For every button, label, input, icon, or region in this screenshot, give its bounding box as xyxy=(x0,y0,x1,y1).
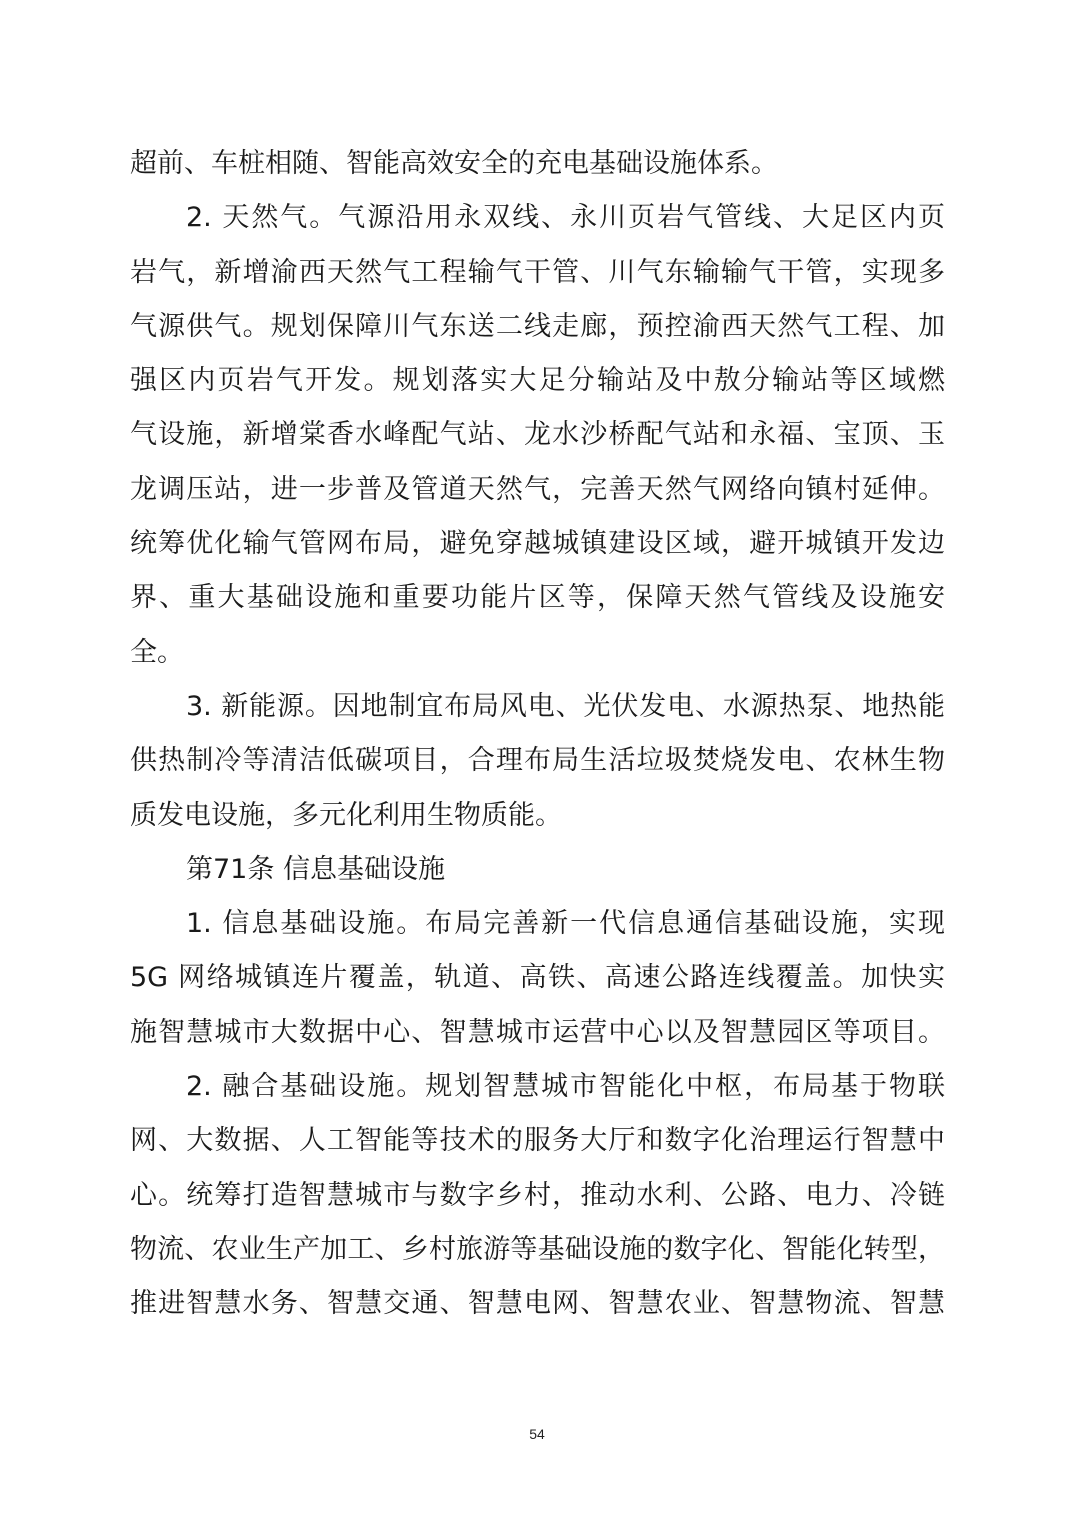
text-line: 2. 天然气。气源沿用永双线、永川页岩气管线、大足区内页 xyxy=(130,191,945,245)
text-line: 全。 xyxy=(130,626,945,680)
text-line: 推进智慧水务、智慧交通、智慧电网、智慧农业、智慧物流、智慧 xyxy=(130,1277,945,1331)
text-line: 物流、农业生产加工、乡村旅游等基础设施的数字化、智能化转型， xyxy=(130,1223,945,1277)
text-line: 强区内页岩气开发。规划落实大足分输站及中敖分输站等区域燃 xyxy=(130,354,945,408)
text-line: 网、大数据、人工智能等技术的服务大厅和数字化治理运行智慧中 xyxy=(130,1114,945,1168)
text-line: 3. 新能源。因地制宜布局风电、光伏发电、水源热泵、地热能 xyxy=(130,680,945,734)
text-line: 供热制冷等清洁低碳项目，合理布局生活垃圾焚烧发电、农林生物 xyxy=(130,734,945,788)
page-number: 54 xyxy=(0,1426,1074,1442)
text-line: 气设施，新增棠香水峰配气站、龙水沙桥配气站和永福、宝顶、玉 xyxy=(130,408,945,462)
paragraph-natural-gas: 2. 天然气。气源沿用永双线、永川页岩气管线、大足区内页 岩气，新增渝西天然气工… xyxy=(130,191,945,680)
text-line: 5G 网络城镇连片覆盖，轨道、高铁、高速公路连线覆盖。加快实 xyxy=(130,951,945,1005)
text-line: 气源供气。规划保障川气东送二线走廊，预控渝西天然气工程、加 xyxy=(130,300,945,354)
text-line: 界、重大基础设施和重要功能片区等，保障天然气管线及设施安 xyxy=(130,571,945,625)
paragraph-charging-continuation: 超前、车桩相随、智能高效安全的充电基础设施体系。 xyxy=(130,137,945,191)
document-page: 超前、车桩相随、智能高效安全的充电基础设施体系。 2. 天然气。气源沿用永双线、… xyxy=(130,137,945,1332)
text-line: 心。统筹打造智慧城市与数字乡村，推动水利、公路、电力、冷链 xyxy=(130,1169,945,1223)
text-line: 岩气，新增渝西天然气工程输气干管、川气东输输气干管，实现多 xyxy=(130,246,945,300)
text-line: 质发电设施，多元化利用生物质能。 xyxy=(130,789,945,843)
text-line: 龙调压站，进一步普及管道天然气，完善天然气网络向镇村延伸。 xyxy=(130,463,945,517)
text-line: 超前、车桩相随、智能高效安全的充电基础设施体系。 xyxy=(130,137,945,191)
section-heading: 第71条 信息基础设施 xyxy=(130,843,945,897)
text-line: 统筹优化输气管网布局，避免穿越城镇建设区域，避开城镇开发边 xyxy=(130,517,945,571)
paragraph-info-infrastructure: 1. 信息基础设施。布局完善新一代信息通信基础设施，实现 5G 网络城镇连片覆盖… xyxy=(130,897,945,1060)
text-line: 2. 融合基础设施。规划智慧城市智能化中枢，布局基于物联 xyxy=(130,1060,945,1114)
paragraph-new-energy: 3. 新能源。因地制宜布局风电、光伏发电、水源热泵、地热能 供热制冷等清洁低碳项… xyxy=(130,680,945,843)
article-71-heading: 第71条 信息基础设施 xyxy=(130,843,945,897)
paragraph-integrated-infrastructure: 2. 融合基础设施。规划智慧城市智能化中枢，布局基于物联 网、大数据、人工智能等… xyxy=(130,1060,945,1331)
text-line: 1. 信息基础设施。布局完善新一代信息通信基础设施，实现 xyxy=(130,897,945,951)
text-line: 施智慧城市大数据中心、智慧城市运营中心以及智慧园区等项目。 xyxy=(130,1006,945,1060)
